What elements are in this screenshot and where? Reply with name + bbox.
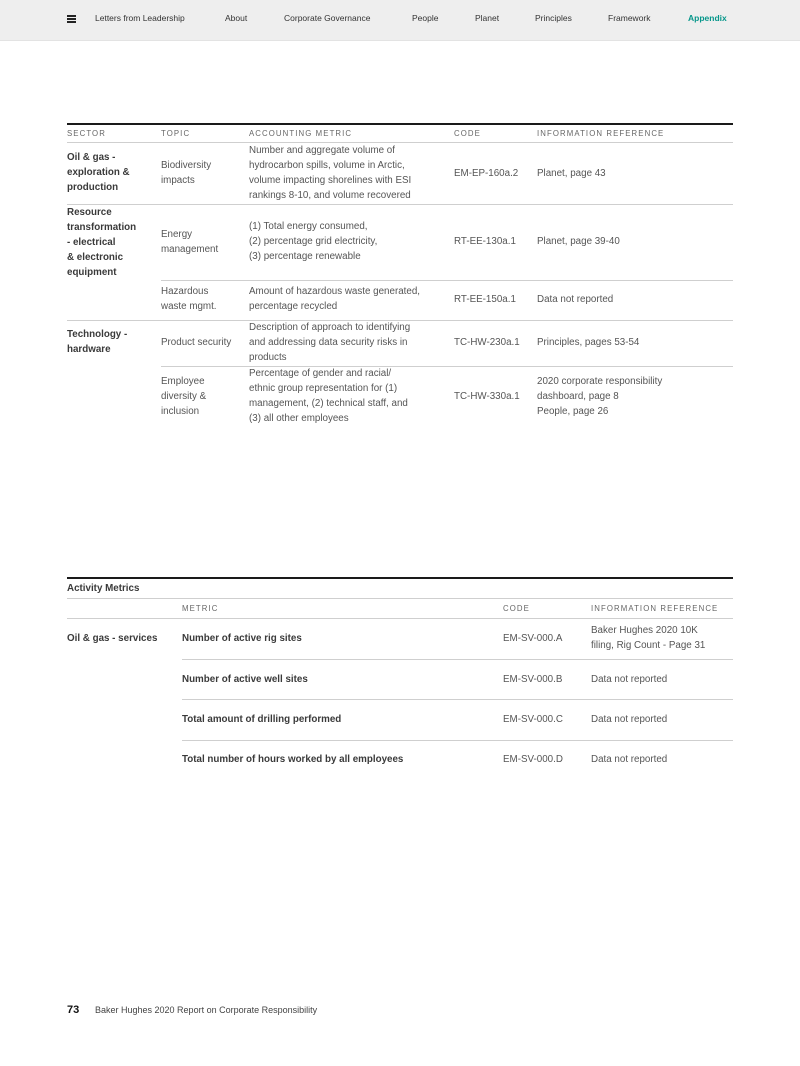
header-topic: TOPIC: [161, 129, 190, 138]
code-cell: EM-SV-000.C: [503, 712, 563, 727]
hamburger-menu-icon[interactable]: [67, 15, 76, 23]
divider: [67, 598, 733, 599]
divider: [67, 618, 733, 619]
metric-cell: Percentage of gender and racial/ ethnic …: [249, 366, 408, 426]
code-cell: EM-EP-160a.2: [454, 166, 518, 181]
page-number: 73: [67, 1004, 79, 1016]
metric-cell: Total number of hours worked by all empl…: [182, 752, 403, 767]
nav-item-appendix[interactable]: Appendix: [688, 13, 727, 23]
sector-cell: Technology - hardware: [67, 327, 127, 357]
reference-cell: 2020 corporate responsibility dashboard,…: [537, 374, 662, 419]
header-code: CODE: [503, 604, 530, 613]
reference-cell: Planet, page 43: [537, 166, 606, 181]
topic-cell: Employee diversity & inclusion: [161, 374, 206, 419]
code-cell: RT-EE-150a.1: [454, 292, 516, 307]
divider: [161, 366, 733, 367]
topic-cell: Energy management: [161, 227, 218, 257]
metric-cell: Number of active well sites: [182, 672, 308, 687]
report-title: Baker Hughes 2020 Report on Corporate Re…: [95, 1005, 317, 1015]
topic-cell: Biodiversity impacts: [161, 158, 211, 188]
nav-item-about[interactable]: About: [225, 13, 247, 23]
metric-cell: Total amount of drilling performed: [182, 712, 341, 727]
reference-cell: Data not reported: [537, 292, 613, 307]
activity-metrics-title: Activity Metrics: [67, 581, 139, 596]
metric-cell: Description of approach to identifying a…: [249, 320, 410, 365]
divider: [182, 699, 733, 700]
reference-cell: Planet, page 39-40: [537, 234, 620, 249]
sector-cell: Resource transformation - electrical & e…: [67, 205, 136, 280]
code-cell: EM-SV-000.B: [503, 672, 562, 687]
nav-item-planet[interactable]: Planet: [475, 13, 499, 23]
reference-cell: Data not reported: [591, 712, 667, 727]
metric-cell: (1) Total energy consumed, (2) percentag…: [249, 219, 377, 264]
metric-cell: Number and aggregate volume of hydrocarb…: [249, 143, 411, 203]
nav-item-corporate-governance[interactable]: Corporate Governance: [284, 13, 370, 23]
table-top-rule: [67, 123, 733, 125]
nav-item-people[interactable]: People: [412, 13, 438, 23]
nav-item-principles[interactable]: Principles: [535, 13, 572, 23]
code-cell: TC-HW-230a.1: [454, 335, 520, 350]
divider: [161, 280, 733, 281]
header-accounting-metric: ACCOUNTING METRIC: [249, 129, 352, 138]
sector-cell: Oil & gas - exploration & production: [67, 150, 130, 195]
header-code: CODE: [454, 129, 481, 138]
sector-cell: Oil & gas - services: [67, 631, 157, 646]
top-navigation-bar: Letters from Leadership About Corporate …: [0, 0, 800, 41]
divider: [182, 740, 733, 741]
table-top-rule: [67, 577, 733, 579]
code-cell: EM-SV-000.A: [503, 631, 562, 646]
nav-item-framework[interactable]: Framework: [608, 13, 651, 23]
header-information-reference: INFORMATION REFERENCE: [537, 129, 664, 138]
code-cell: TC-HW-330a.1: [454, 389, 520, 404]
reference-cell: Data not reported: [591, 672, 667, 687]
header-sector: SECTOR: [67, 129, 106, 138]
nav-item-letters-from-leadership[interactable]: Letters from Leadership: [95, 13, 185, 23]
header-information-reference: INFORMATION REFERENCE: [591, 604, 718, 613]
reference-cell: Baker Hughes 2020 10K filing, Rig Count …: [591, 623, 705, 653]
reference-cell: Principles, pages 53-54: [537, 335, 639, 350]
metric-cell: Number of active rig sites: [182, 631, 302, 646]
divider: [67, 204, 733, 205]
code-cell: RT-EE-130a.1: [454, 234, 516, 249]
topic-cell: Hazardous waste mgmt.: [161, 284, 217, 314]
reference-cell: Data not reported: [591, 752, 667, 767]
topic-cell: Product security: [161, 335, 231, 350]
header-metric: METRIC: [182, 604, 219, 613]
metric-cell: Amount of hazardous waste generated, per…: [249, 284, 420, 314]
divider: [182, 659, 733, 660]
code-cell: EM-SV-000.D: [503, 752, 563, 767]
